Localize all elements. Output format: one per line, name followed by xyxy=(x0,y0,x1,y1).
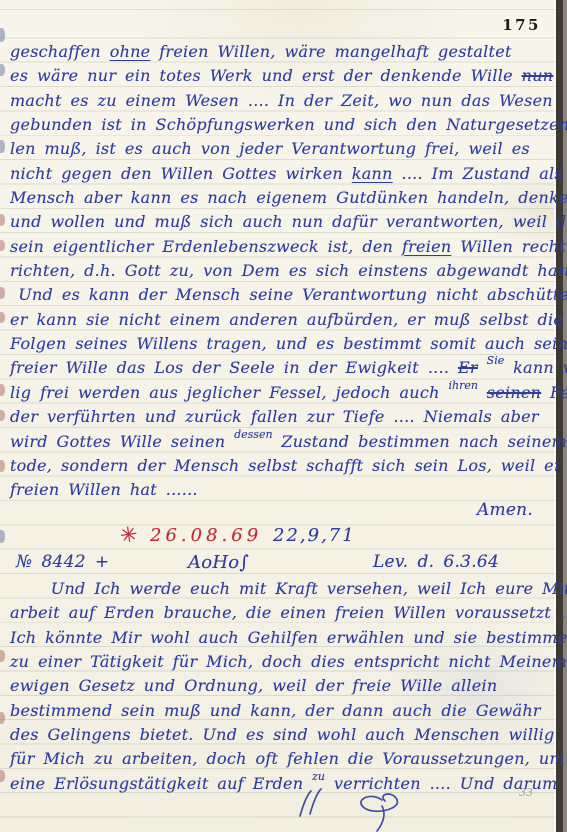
binding-mark xyxy=(0,140,5,153)
manuscript-line: bestimmend sein muß und kann, der dann a… xyxy=(10,699,551,723)
manuscript-line: Mensch aber kann es nach eigenem Gutdünk… xyxy=(10,186,551,210)
binding-mark xyxy=(0,214,5,226)
reference-date: Lev. d. 6.3.64 xyxy=(373,552,499,572)
binding-mark xyxy=(0,28,5,42)
monogram-scribble: AoHo∫ xyxy=(188,552,249,573)
manuscript-line: nicht gegen den Willen Gottes wirken kan… xyxy=(10,162,551,186)
binding-mark xyxy=(0,410,5,421)
binding-mark xyxy=(0,650,5,662)
manuscript-line: arbeit auf Erden brauche, die einen frei… xyxy=(10,601,551,625)
reference-line: № 8442 + AoHo∫ Lev. d. 6.3.64 xyxy=(0,552,567,578)
handwritten-paragraph-1: geschaffen ohne freien Willen, wäre mang… xyxy=(10,40,551,503)
binding-mark xyxy=(0,287,5,299)
manuscript-line: des Gelingens bietet. Und es sind wohl a… xyxy=(10,723,551,747)
manuscript-line: der verführten und zurück fallen zur Tie… xyxy=(10,405,551,429)
binding-mark xyxy=(0,770,5,782)
manuscript-line: Folgen seines Willens tragen, und es bes… xyxy=(10,332,551,356)
manuscript-line: richten, d.h. Gott zu, von Dem es sich e… xyxy=(10,259,551,283)
manuscript-line: ewigen Gesetz und Ordnung, weil der frei… xyxy=(10,674,551,698)
message-number: № 8442 + xyxy=(16,552,109,572)
manuscript-line: es wäre nur ein totes Werk und erst der … xyxy=(10,64,551,88)
manuscript-line: geschaffen ohne freien Willen, wäre mang… xyxy=(10,40,551,64)
manuscript-line: Und Ich werde euch mit Kraft versehen, w… xyxy=(10,577,551,601)
manuscript-line: tode, sondern der Mensch selbst schafft … xyxy=(10,454,551,478)
amen-closing: Amen. xyxy=(0,500,533,520)
manuscript-line: sein eigentlicher Erdenlebenszweck ist, … xyxy=(10,235,551,259)
binding-mark xyxy=(0,312,5,323)
binding-mark xyxy=(0,240,5,251)
manuscript-line: len muß, ist es auch von jeder Verantwor… xyxy=(10,137,551,161)
red-asterisk-icon: ✳ xyxy=(118,522,139,548)
binding-mark xyxy=(0,64,5,76)
binding-mark xyxy=(0,384,5,396)
revision-date-red: 26.08.69 xyxy=(150,525,262,546)
manuscript-line: macht es zu einem Wesen .... In der Zeit… xyxy=(10,89,551,113)
manuscript-line: Ich könnte Mir wohl auch Gehilfen erwähl… xyxy=(10,626,551,650)
revision-date-blue: 22,9,71 xyxy=(273,525,356,546)
manuscript-line: gebunden ist in Schöpfungswerken und sic… xyxy=(10,113,551,137)
ink-scribble xyxy=(270,780,470,832)
manuscript-line: er kann sie nicht einem anderen aufbürde… xyxy=(10,308,551,332)
manuscript-line: lig frei werden aus jeglicher Fessel, je… xyxy=(10,381,551,405)
manuscript-line: freier Wille das Los der Seele in der Ew… xyxy=(10,356,551,380)
binding-mark xyxy=(0,460,5,472)
manuscript-page: 175 geschaffen ohne freien Willen, wäre … xyxy=(0,0,567,832)
handwritten-paragraph-2: Und Ich werde euch mit Kraft versehen, w… xyxy=(10,577,551,796)
manuscript-line: freien Willen hat ...... xyxy=(10,478,551,502)
manuscript-line: und wollen und muß sich auch nun dafür v… xyxy=(10,210,551,234)
manuscript-line: für Mich zu arbeiten, doch oft fehlen di… xyxy=(10,747,551,771)
manuscript-line: wird Gottes Wille seinen dessen Zustand … xyxy=(10,430,551,454)
faint-corner-mark: 33 xyxy=(519,786,533,799)
revision-date-line: ✳ 26.08.69 22,9,71 xyxy=(0,525,567,553)
binding-mark xyxy=(0,712,5,724)
manuscript-line: Und es kann der Mensch seine Verantwortu… xyxy=(10,283,551,307)
page-number: 175 xyxy=(502,16,541,34)
manuscript-line: zu einer Tätigkeit für Mich, doch dies e… xyxy=(10,650,551,674)
